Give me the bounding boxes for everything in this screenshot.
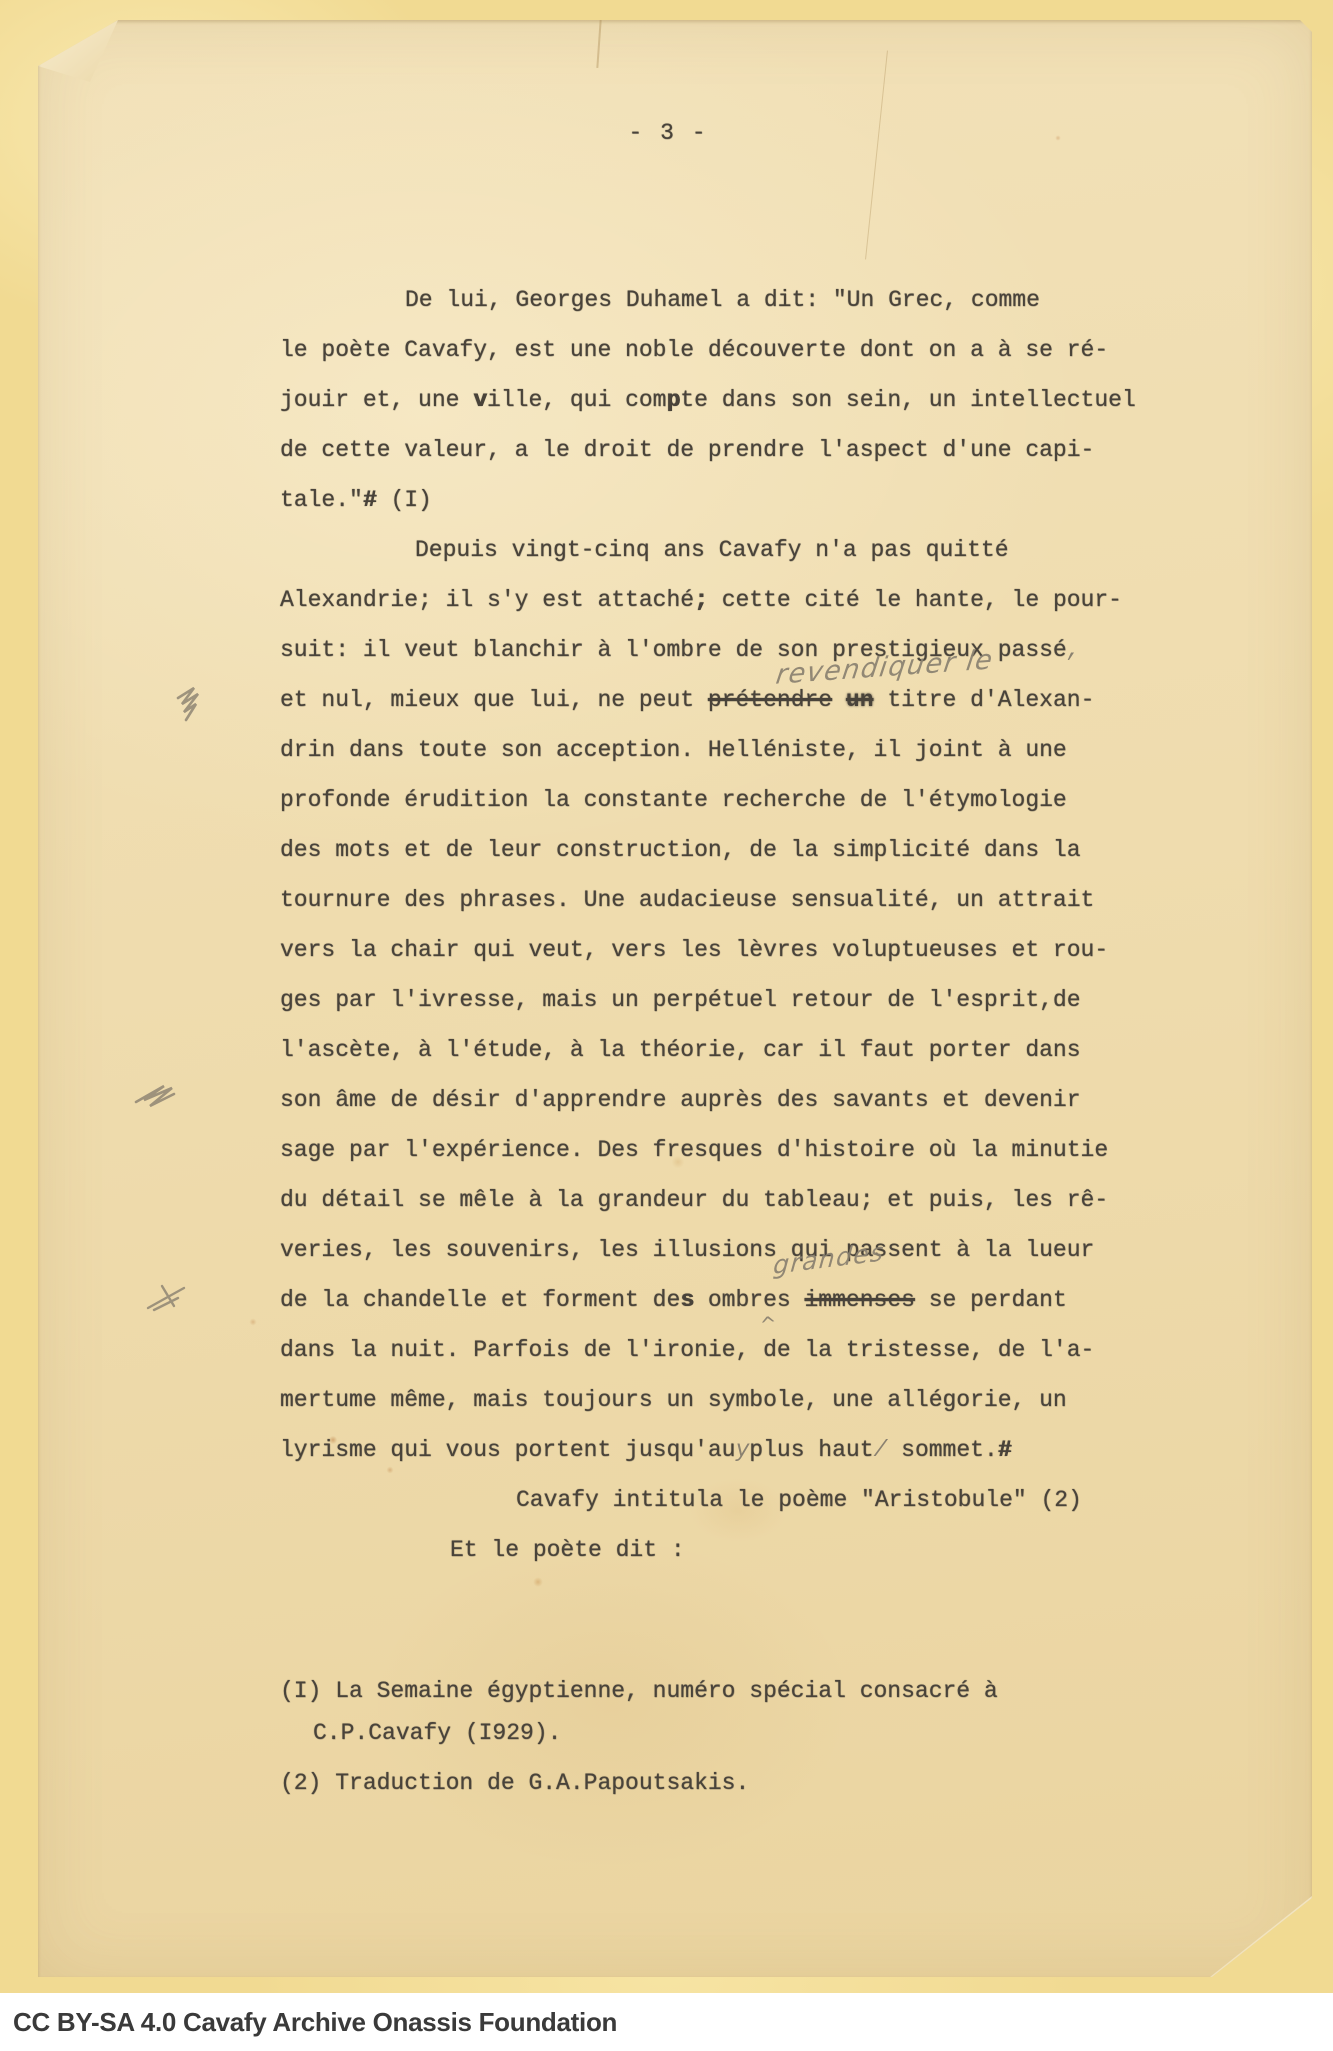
folded-corner-top-left [38, 20, 130, 92]
typed-line: sage par l'expérience. Des fresques d'hi… [280, 1125, 1180, 1175]
paper-crease [865, 51, 888, 260]
typed-line: Et le poète dit : [280, 1525, 1180, 1575]
typed-segment: te dans son sein, un intellectuel [680, 387, 1135, 413]
typed-line: tale."# (I) [280, 475, 1180, 525]
typed-line: et nul, mieux que lui, ne peut prétendre… [280, 675, 1180, 725]
typed-segment: ombres [694, 1287, 804, 1313]
typed-segment: Et le poète dit : [450, 1537, 685, 1563]
typed-body: De lui, Georges Duhamel a dit: "Un Grec,… [280, 275, 1180, 1575]
typed-segment: se perdant [915, 1287, 1067, 1313]
typed-line: des mots et de leur construction, de la … [280, 825, 1180, 875]
typed-line: Depuis vingt-cinq ans Cavafy n'a pas qui… [280, 525, 1180, 575]
typed-segment: veries, les souvenirs, les illusions qui… [280, 1237, 1094, 1263]
typed-line: dans la nuit. Parfois de l'ironie, de la… [280, 1325, 1180, 1375]
typed-segment: (2) Traduction de G.A.Papoutsakis. [280, 1770, 749, 1796]
pencil-scribble-icon [168, 682, 214, 726]
typed-line: (2) Traduction de G.A.Papoutsakis. [280, 1762, 1180, 1804]
typed-line: Alexandrie; il s'y est attaché; cette ci… [280, 575, 1180, 625]
typed-segment: (I) [377, 487, 432, 513]
typed-segment-pencil: , [1067, 637, 1081, 663]
typed-segment: cette cité le hante, le pour- [708, 587, 1122, 613]
pencil-scribble-icon [144, 1276, 196, 1316]
typed-segment: sage par l'expérience. Des fresques d'hi… [280, 1137, 1108, 1163]
typed-segment: drin dans toute son acception. Hellénist… [280, 737, 1067, 763]
typed-segment: titre d'Alexan- [874, 687, 1095, 713]
typed-segment-ot: v [473, 387, 487, 413]
typed-line: de cette valeur, a le droit de prendre l… [280, 425, 1180, 475]
typed-segment: lyrisme qui vous portent jusqu'au [280, 1437, 735, 1463]
typed-segment: ges par l'ivresse, mais un perpétuel ret… [280, 987, 1081, 1013]
paper-crease [596, 20, 601, 68]
typed-segment: tale." [280, 487, 363, 513]
typed-segment: et nul, mieux que lui, ne peut [280, 687, 708, 713]
scan-background: { "colors":{ "background":"#f1da92", "pa… [0, 0, 1333, 2051]
folded-corner-bottom-right [1210, 1896, 1312, 1977]
typed-segment-ot: p [666, 387, 680, 413]
typed-line: du détail se mêle à la grandeur du table… [280, 1175, 1180, 1225]
pencil-scribble-icon [130, 1076, 182, 1116]
typed-line: ges par l'ivresse, mais un perpétuel ret… [280, 975, 1180, 1025]
typed-line: suit: il veut blanchir à l'ombre de son … [280, 625, 1180, 675]
typed-segment: vers la chair qui veut, vers les lèvres … [280, 937, 1108, 963]
typed-line: tournure des phrases. Une audacieuse sen… [280, 875, 1180, 925]
typed-segment: du détail se mêle à la grandeur du table… [280, 1187, 1108, 1213]
typed-segment: profonde érudition la constante recherch… [280, 787, 1067, 813]
typed-segment-ot: ; [694, 587, 708, 613]
typed-segment: son âme de désir d'apprendre auprès des … [280, 1087, 1081, 1113]
typed-segment-ot: # [363, 487, 377, 513]
typed-line: drin dans toute son acception. Hellénist… [280, 725, 1180, 775]
typed-segment: jouir et, une [280, 387, 473, 413]
page-number: - 3 - [603, 120, 733, 146]
typed-segment-strike: immenses [805, 1287, 915, 1313]
typed-line: son âme de désir d'apprendre auprès des … [280, 1075, 1180, 1125]
typed-segment: De lui, Georges Duhamel a dit: "Un Grec,… [405, 287, 1040, 313]
typed-line: De lui, Georges Duhamel a dit: "Un Grec,… [280, 275, 1180, 325]
typed-line: l'ascète, à l'étude, à la théorie, car i… [280, 1025, 1180, 1075]
typed-segment-ot: # [998, 1437, 1012, 1463]
typed-segment: des mots et de leur construction, de la … [280, 837, 1081, 863]
typed-line: mertume même, mais toujours un symbole, … [280, 1375, 1180, 1425]
typed-segment: tournure des phrases. Une audacieuse sen… [280, 887, 1094, 913]
typed-segment: dans la nuit. Parfois de l'ironie, de la… [280, 1337, 1094, 1363]
typed-segment: l'ascète, à l'étude, à la théorie, car i… [280, 1037, 1081, 1063]
typed-segment: le poète Cavafy, est une noble découvert… [280, 337, 1108, 363]
handwritten-caret-mark: ^ [759, 1311, 780, 1337]
typed-line: profonde érudition la constante recherch… [280, 775, 1180, 825]
typed-segment: Cavafy intitula le poème "Aristobule" (2… [516, 1487, 1082, 1513]
typed-segment: de cette valeur, a le droit de prendre l… [280, 437, 1094, 463]
typed-segment: (I) La Semaine égyptienne, numéro spécia… [280, 1678, 998, 1704]
license-bar: CC BY-SA 4.0 Cavafy Archive Onassis Foun… [0, 1993, 1333, 2051]
typed-line: veries, les souvenirs, les illusions qui… [280, 1225, 1180, 1275]
typed-segment-pencil: / [874, 1437, 888, 1463]
typed-segment: ille, qui com [487, 387, 666, 413]
typed-line: jouir et, une ville, qui compte dans son… [280, 375, 1180, 425]
paper-sheet: - 3 - De lui, Georges Duhamel a dit: "Un… [38, 20, 1312, 1977]
typed-line: lyrisme qui vous portent jusqu'auyplus h… [280, 1425, 1180, 1475]
typed-line: le poète Cavafy, est une noble découvert… [280, 325, 1180, 375]
typed-segment-strike: prétendre [708, 687, 832, 713]
typed-line: de la chandelle et forment des ombres im… [280, 1275, 1180, 1325]
typed-segment: C.P.Cavafy (I929). [313, 1720, 561, 1746]
typed-line: vers la chair qui veut, vers les lèvres … [280, 925, 1180, 975]
typed-segment: Depuis vingt-cinq ans Cavafy n'a pas qui… [415, 537, 1009, 563]
typed-segment: mertume même, mais toujours un symbole, … [280, 1387, 1067, 1413]
typed-segment: Alexandrie; il s'y est attaché [280, 587, 694, 613]
typed-segment: de la chandelle et forment de [280, 1287, 680, 1313]
typed-segment-strike2: un [846, 687, 874, 713]
typed-segment: plus haut [749, 1437, 873, 1463]
typed-segment: sommet. [887, 1437, 997, 1463]
typed-segment-ot: s [680, 1287, 694, 1313]
license-text: CC BY-SA 4.0 Cavafy Archive Onassis Foun… [0, 2007, 617, 2038]
footnote-block: (I) La Semaine égyptienne, numéro spécia… [280, 1670, 1180, 1804]
typed-segment [832, 687, 846, 713]
typed-line: C.P.Cavafy (I929). [280, 1712, 1180, 1754]
typed-segment-pencil: y [735, 1437, 749, 1463]
typed-line: Cavafy intitula le poème "Aristobule" (2… [280, 1475, 1180, 1525]
typed-line: (I) La Semaine égyptienne, numéro spécia… [280, 1670, 1180, 1712]
